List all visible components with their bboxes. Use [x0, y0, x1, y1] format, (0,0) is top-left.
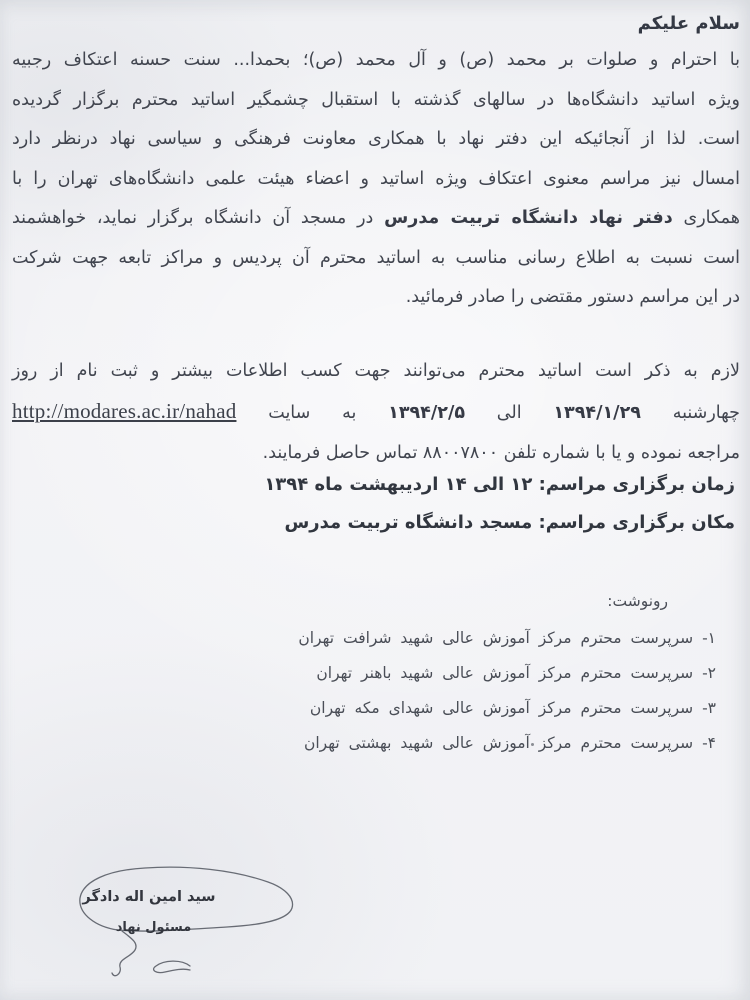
paragraph-line: همکاری دفتر نهاد دانشگاه تربیت مدرس در م…	[12, 199, 740, 239]
event-time-line: زمان برگزاری مراسم: ۱۲ الی ۱۴ اردیبهشت م…	[264, 474, 735, 495]
text-run: همکاری	[673, 208, 740, 228]
text-run: چهارشنبه	[641, 403, 740, 423]
event-place-line: مکان برگزاری مراسم: مسجد دانشگاه تربیت م…	[284, 512, 735, 533]
text-run: ویژه اساتید دانشگاه‌ها در سالهای گذشته ب…	[12, 90, 740, 110]
paragraph-line: لازم به ذکر است اساتید محترم می‌توانند ج…	[12, 351, 740, 391]
text-run: در این مراسم دستور مقتضی را صادر فرمائید…	[406, 287, 740, 307]
signature-block: سید امین اله دادگر مسئول نهاد	[52, 856, 312, 1000]
text-run: امسال نیز مراسم معنوی اعتکاف ویژه اساتید…	[12, 169, 740, 189]
salutation: سلام علیکم	[638, 13, 740, 34]
cc-item: ۴- سرپرست محترم مرکز آموزش عالی شهید بهش…	[40, 726, 716, 761]
start-date: ۱۳۹۴/۱/۲۹	[553, 403, 641, 423]
cc-list: ۱- سرپرست محترم مرکز آموزش عالی شهید شرا…	[40, 621, 716, 761]
scanned-letter-page: سلام علیکم با احترام و صلوات بر محمد (ص)…	[0, 0, 750, 1000]
body-paragraph-2: لازم به ذکر است اساتید محترم می‌توانند ج…	[12, 351, 740, 473]
end-date: ۱۳۹۴/۲/۵	[388, 403, 465, 423]
signature-name: سید امین اله دادگر	[80, 889, 218, 905]
bold-office-name: دفتر نهاد دانشگاه تربیت مدرس	[384, 208, 673, 228]
text-run: به سایت	[236, 403, 388, 423]
ink-speck	[678, 678, 680, 680]
text-run: با احترام و صلوات بر محمد (ص) و آل محمد …	[12, 50, 740, 70]
ink-speck	[531, 743, 534, 746]
text-run: است نسبت به اطلاع رسانی مناسب به اساتید …	[12, 248, 740, 268]
paragraph-line: است نسبت به اطلاع رسانی مناسب به اساتید …	[12, 239, 740, 279]
paragraph-line: امسال نیز مراسم معنوی اعتکاف ویژه اساتید…	[12, 160, 740, 200]
paragraph-line: است. لذا از آنجائیکه این دفتر نهاد با هم…	[12, 120, 740, 160]
text-run: است. لذا از آنجائیکه این دفتر نهاد با هم…	[12, 129, 740, 149]
text-run: مراجعه نموده و یا با شماره تلفن	[498, 443, 740, 463]
text-run: در مسجد آن دانشگاه برگزار نماید، خواهشمن…	[12, 208, 384, 228]
website-url: http://modares.ac.ir/nahad	[12, 399, 236, 423]
text-run: تماس حاصل فرمایند.	[263, 443, 423, 463]
cc-item: ۲- سرپرست محترم مرکز آموزش عالی شهید باه…	[40, 656, 716, 691]
cc-label: رونوشت:	[607, 592, 668, 610]
cc-item: ۳- سرپرست محترم مرکز آموزش عالی شهدای مک…	[40, 691, 716, 726]
paragraph-line: در این مراسم دستور مقتضی را صادر فرمائید…	[12, 278, 740, 318]
paragraph-line: چهارشنبه ۱۳۹۴/۱/۲۹ الی ۱۳۹۴/۲/۵ به سایت …	[12, 391, 740, 433]
signature-title: مسئول نهاد	[115, 920, 192, 935]
paragraph-line: ویژه اساتید دانشگاه‌ها در سالهای گذشته ب…	[12, 81, 740, 121]
cc-item: ۱- سرپرست محترم مرکز آموزش عالی شهید شرا…	[40, 621, 716, 656]
text-run: لازم به ذکر است اساتید محترم می‌توانند ج…	[12, 361, 740, 381]
paragraph-line: با احترام و صلوات بر محمد (ص) و آل محمد …	[12, 41, 740, 81]
body-paragraph-1: با احترام و صلوات بر محمد (ص) و آل محمد …	[12, 41, 740, 318]
phone-number: ۸۸۰۰۷۸۰۰	[423, 443, 498, 463]
paragraph-line: مراجعه نموده و یا با شماره تلفن ۸۸۰۰۷۸۰۰…	[12, 433, 740, 473]
text-run: الی	[465, 403, 553, 423]
